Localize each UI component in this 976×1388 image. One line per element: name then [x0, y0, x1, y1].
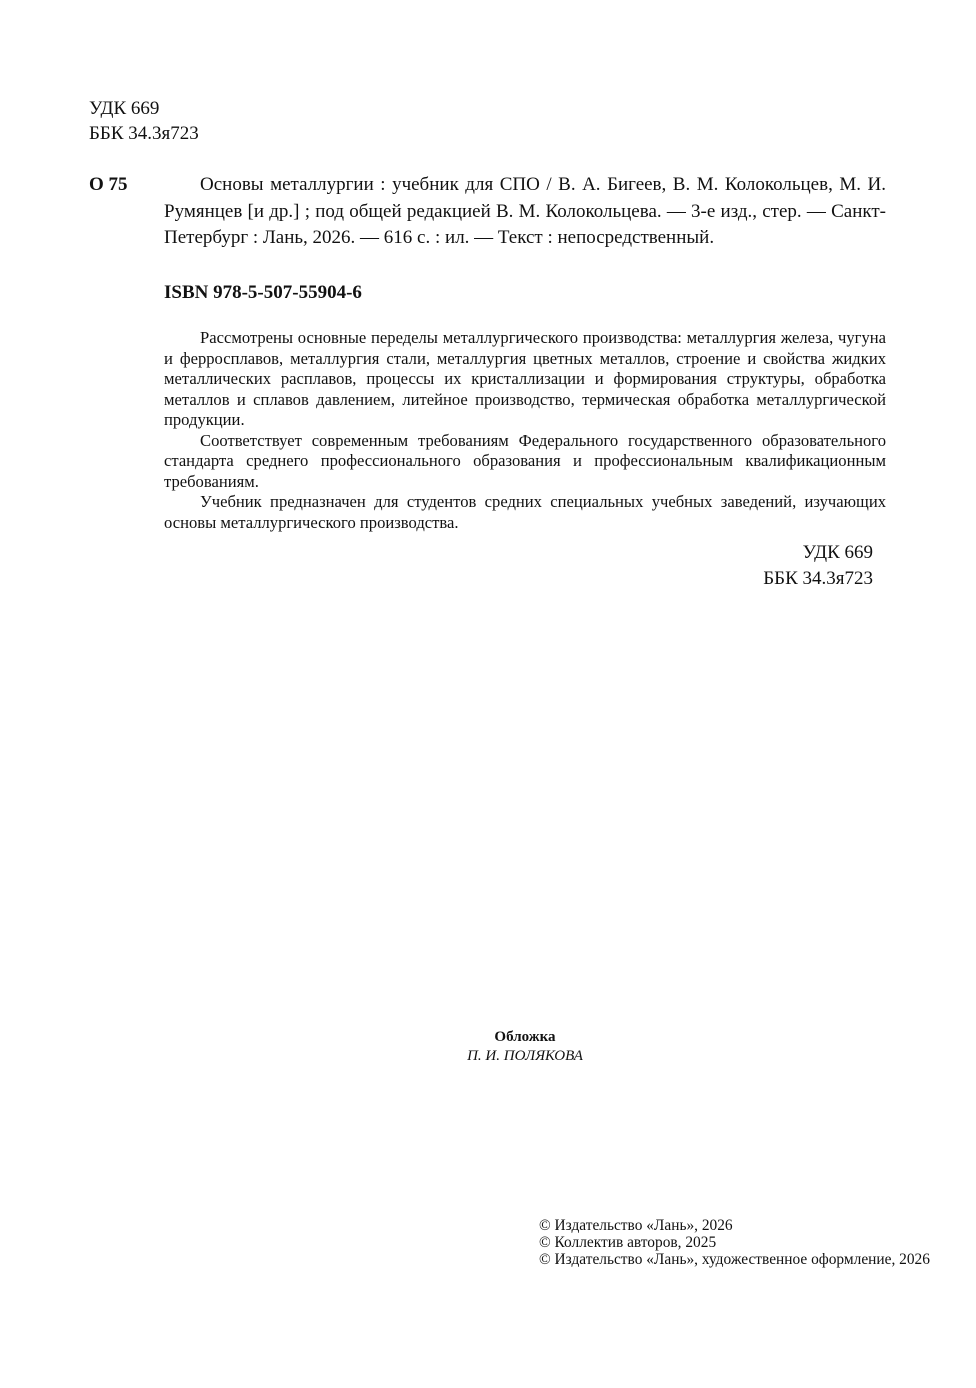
- abstract-paragraph: Соответствует современным требованиям Фе…: [164, 431, 886, 493]
- author-sign: О 75: [89, 172, 128, 198]
- classification-top: УДК 669 ББК 34.3я723: [89, 96, 199, 146]
- copyright-notices: © Издательство «Лань», 2026 © Коллектив …: [539, 1217, 930, 1268]
- cover-designer: П. И. ПОЛЯКОВА: [74, 1047, 976, 1066]
- copyright-line: © Издательство «Лань», художественное оф…: [539, 1251, 930, 1268]
- classification-bottom: УДК 669 ББК 34.3я723: [763, 540, 873, 591]
- bibliographic-description: Основы металлургии : учебник для СПО / В…: [164, 172, 886, 252]
- copyright-line: © Издательство «Лань», 2026: [539, 1217, 930, 1234]
- bbk-code: ББК 34.3я723: [89, 121, 199, 146]
- copyright-line: © Коллектив авторов, 2025: [539, 1234, 930, 1251]
- isbn: ISBN 978-5-507-55904-6: [164, 281, 362, 305]
- cover-label: Обложка: [74, 1028, 976, 1047]
- udk-code: УДК 669: [89, 96, 199, 121]
- abstract-paragraph: Рассмотрены основные переделы металлурги…: [164, 328, 886, 431]
- abstract-paragraph: Учебник предназначен для студентов средн…: [164, 492, 886, 533]
- bibliographic-record: О 75 Основы металлургии : учебник для СП…: [89, 172, 886, 252]
- udk-code: УДК 669: [763, 540, 873, 566]
- cover-credit: Обложка П. И. ПОЛЯКОВА: [74, 1028, 976, 1066]
- abstract: Рассмотрены основные переделы металлурги…: [164, 328, 886, 533]
- bbk-code: ББК 34.3я723: [763, 566, 873, 592]
